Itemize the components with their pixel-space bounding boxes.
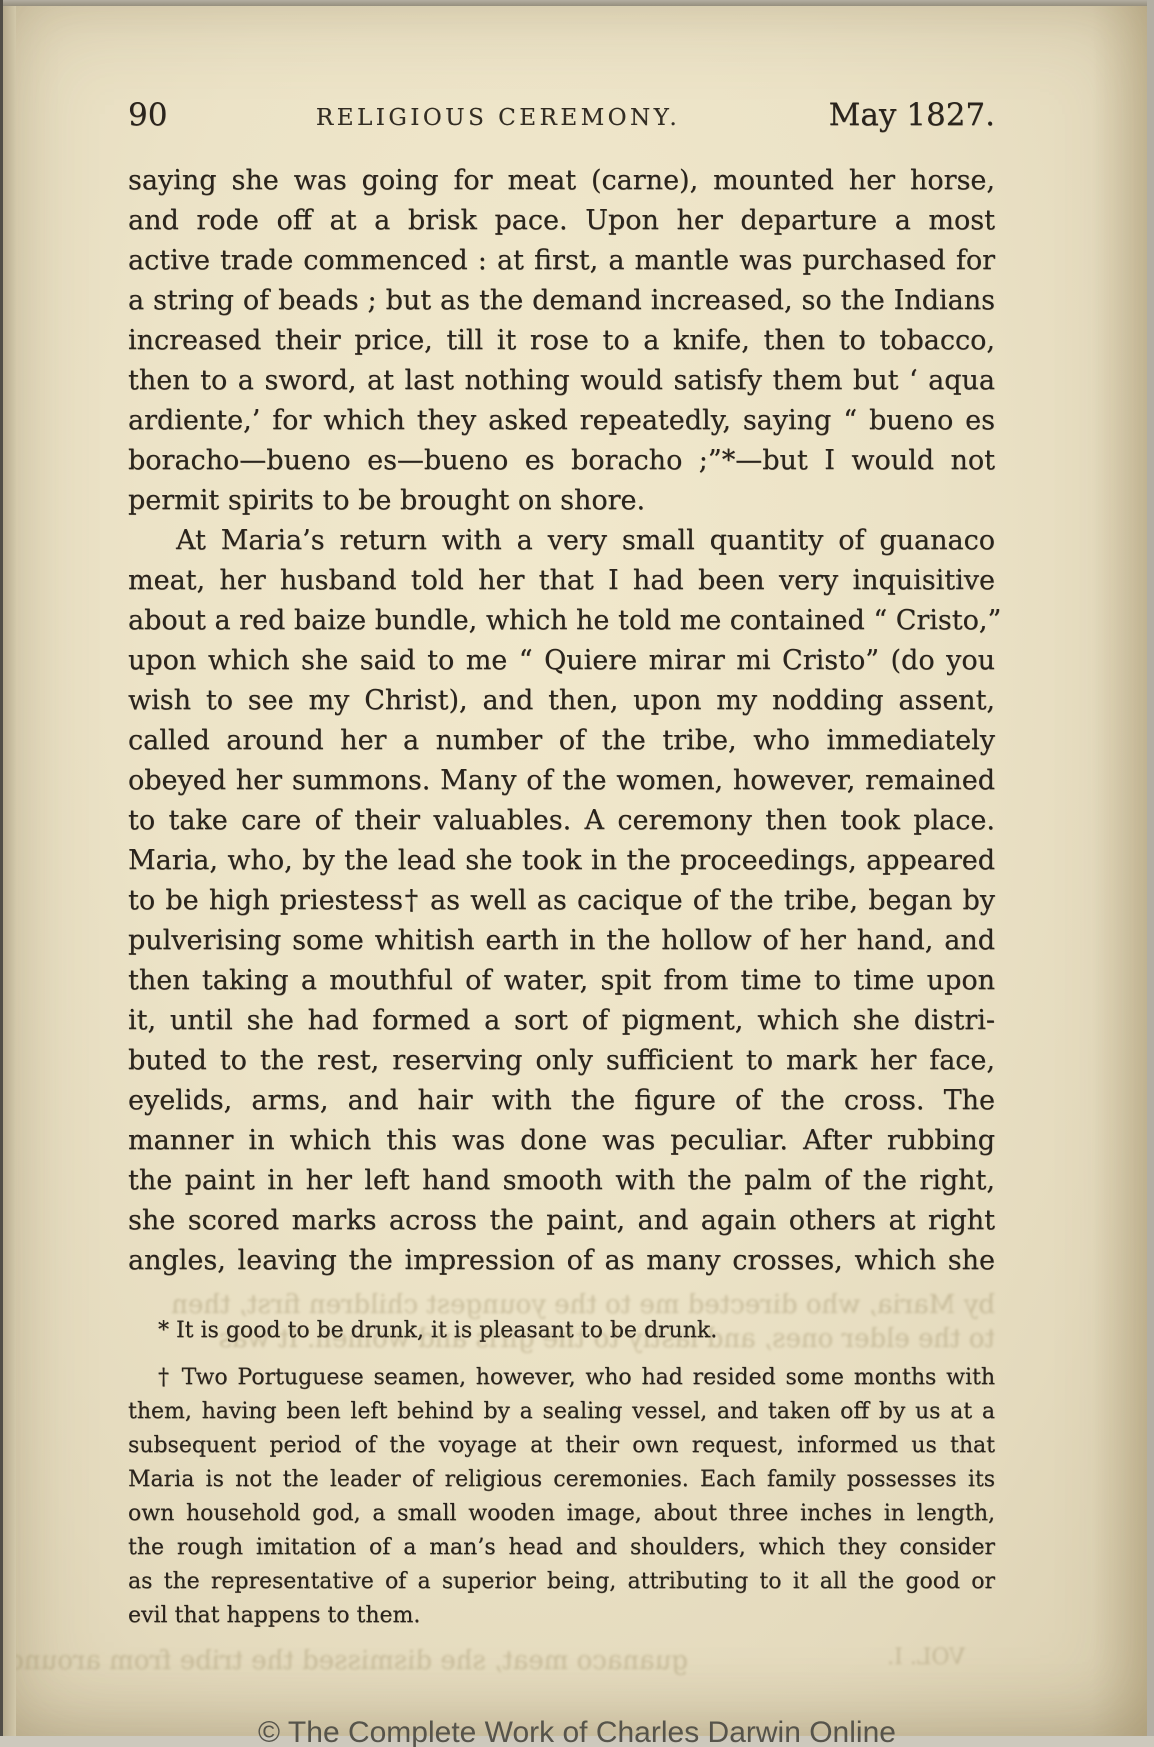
footnote-asterisk: * It is good to be drunk, it is pleasant… <box>128 1314 995 1348</box>
footnotes: * It is good to be drunk, it is pleasant… <box>128 1314 995 1646</box>
text-line: upon which she said to me “ Quiere mirar… <box>128 641 995 681</box>
text-line: permit spirits to be brought on shore. <box>128 481 995 521</box>
text-line: as the representative of a superior bein… <box>128 1565 995 1599</box>
text-line: eyelids, arms, and hair with the figure … <box>128 1081 995 1121</box>
text-line: † Two Portuguese seamen, however, who ha… <box>128 1361 995 1395</box>
text-line: Maria is not the leader of religious cer… <box>128 1463 995 1497</box>
text-line: Maria, who, by the lead she took in the … <box>128 841 995 881</box>
page-number: 90 <box>128 97 167 133</box>
text-line: subsequent period of the voyage at their… <box>128 1429 995 1463</box>
text-line: called around her a number of the tribe,… <box>128 721 995 761</box>
page-header: 90 RELIGIOUS CEREMONY. May 1827. <box>128 97 995 133</box>
text-line: to take care of their valuables. A cerem… <box>128 801 995 841</box>
scan-edge-left-shadow <box>0 0 3 1747</box>
text-line: the paint in her left hand smooth with t… <box>128 1161 995 1201</box>
text-line: and rode off at a brisk pace. Upon her d… <box>128 201 995 241</box>
text-line: it, until she had formed a sort of pigme… <box>128 1001 995 1041</box>
copyright-credit: © The Complete Work of Charles Darwin On… <box>0 1716 1154 1747</box>
text-line: a string of beads ; but as the demand in… <box>128 281 995 321</box>
scan-edge-right <box>1147 0 1154 1747</box>
text-line: then taking a mouthful of water, spit fr… <box>128 961 995 1001</box>
text-line: about a red baize bundle, which he told … <box>128 601 995 641</box>
header-date: May 1827. <box>829 97 995 133</box>
scan-edge-right-shade <box>1092 0 1147 1747</box>
text-line: boracho—bueno es—bueno es boracho ;”*—bu… <box>128 441 995 481</box>
text-line: she scored marks across the paint, and a… <box>128 1201 995 1241</box>
text-line: meat, her husband told her that I had be… <box>128 561 995 601</box>
text-line: ardiente,’ for which they asked repeated… <box>128 401 995 441</box>
body-paragraph: At Maria’s return with a very small quan… <box>128 521 995 1281</box>
bleedthrough-volume-label: VOL. I. <box>855 1645 965 1670</box>
text-line: buted to the rest, reserving only suffic… <box>128 1041 995 1081</box>
text-line: At Maria’s return with a very small quan… <box>128 521 995 561</box>
text-line: increased their price, till it rose to a… <box>128 321 995 361</box>
text-line: saying she was going for meat (carne), m… <box>128 161 995 201</box>
bleedthrough-text: guanaco meat, she dismissed the tribe fr… <box>128 1646 688 1676</box>
text-line: pulverising some whitish earth in the ho… <box>128 921 995 961</box>
body-text: saying she was going for meat (carne), m… <box>128 161 995 1281</box>
text-line: to be high priestess† as well as cacique… <box>128 881 995 921</box>
text-line: evil that happens to them. <box>128 1599 995 1633</box>
text-line: obeyed her summons. Many of the women, h… <box>128 761 995 801</box>
text-line: then to a sword, at last nothing would s… <box>128 361 995 401</box>
body-paragraph: saying she was going for meat (carne), m… <box>128 161 995 521</box>
footnote-dagger: † Two Portuguese seamen, however, who ha… <box>128 1361 995 1633</box>
text-line: wish to see my Christ), and then, upon m… <box>128 681 995 721</box>
text-line: the rough imitation of a man’s head and … <box>128 1531 995 1565</box>
text-line: angles, leaving the impression of as man… <box>128 1241 995 1281</box>
text-line: active trade commenced : at first, a man… <box>128 241 995 281</box>
text-line: manner in which this was done was peculi… <box>128 1121 995 1161</box>
text-line: * It is good to be drunk, it is pleasant… <box>128 1314 995 1348</box>
running-title: RELIGIOUS CEREMONY. <box>316 105 680 131</box>
scanned-book-page: by Maria, who directed me to the younges… <box>0 0 1154 1747</box>
text-line: them, having been left behind by a seali… <box>128 1395 995 1429</box>
scan-edge-top <box>0 0 1154 6</box>
text-line: own household god, a small wooden image,… <box>128 1497 995 1531</box>
scan-edge-left <box>3 5 16 1747</box>
